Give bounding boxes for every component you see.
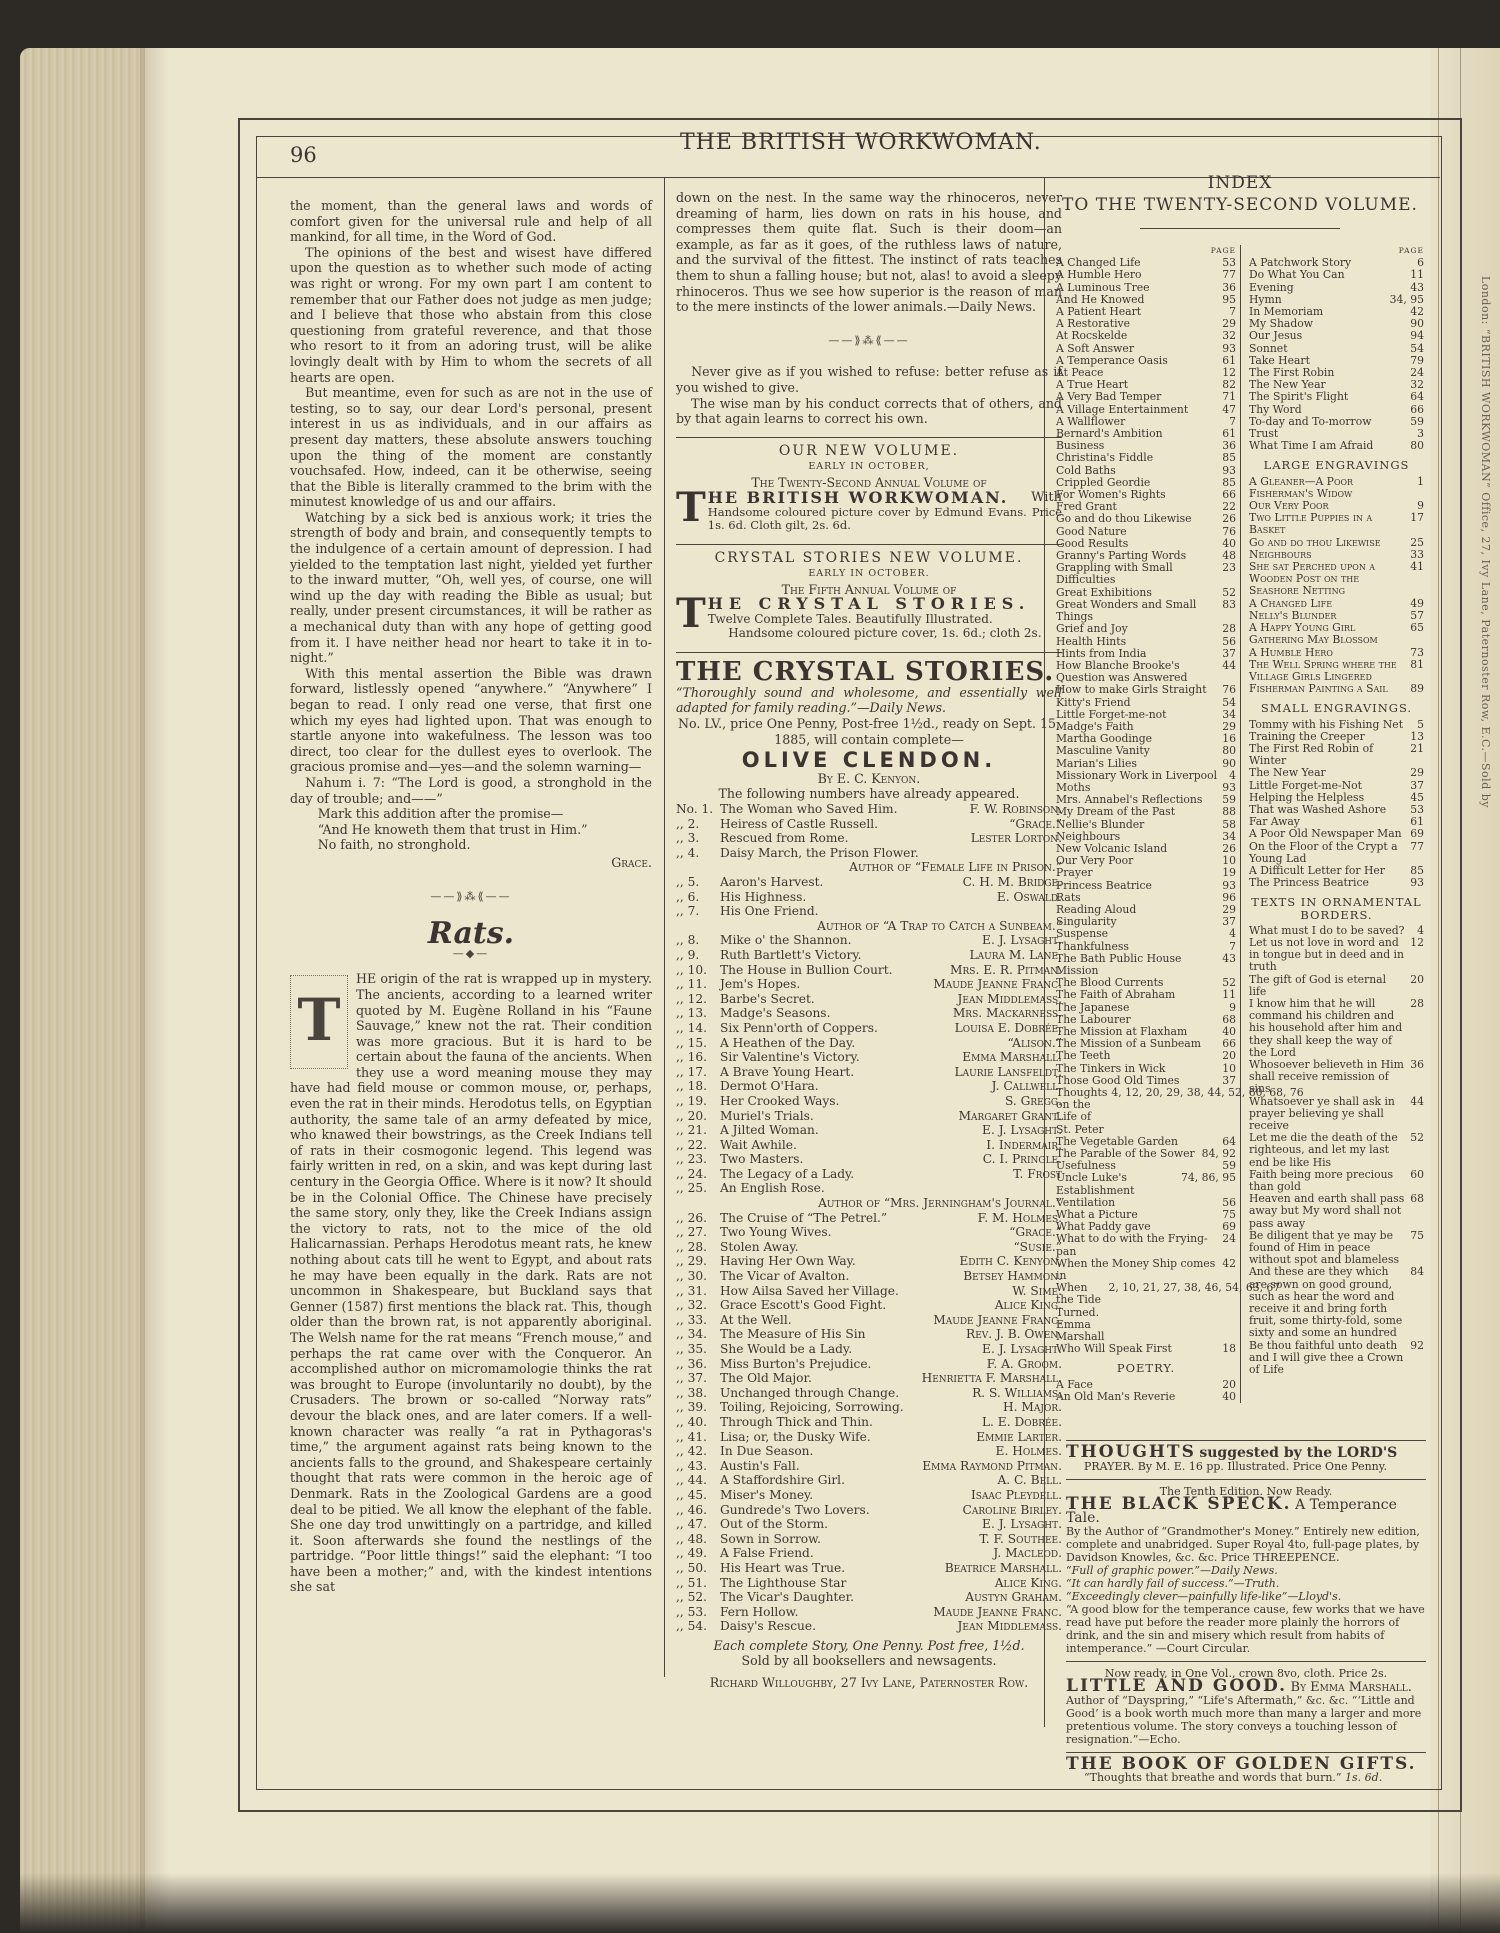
story-author: Maude Jeanne Franc. — [933, 977, 1062, 992]
index-entry: What Time I am Afraid80 — [1249, 440, 1424, 452]
story-number: ,, 17. — [676, 1065, 720, 1080]
story-author: Maude Jeanne Franc. — [933, 1313, 1062, 1328]
right-advertisements: THOUGHTS suggested by the LORD'S PRAYER.… — [1066, 1440, 1426, 1790]
entry-page: 42 — [1218, 1258, 1236, 1282]
index-entry: Be diligent that ye may be found of Him … — [1249, 1230, 1424, 1267]
index-entry: Let me die the death of the righteous, a… — [1249, 1132, 1424, 1169]
entry-page: 74, 86, 95 — [1177, 1172, 1236, 1196]
story-row: ,, 12.Barbe's Secret.Jean Middlemass. — [676, 992, 1062, 1007]
story-author: H. Major. — [1003, 1400, 1062, 1415]
story-title: Toiling, Rejoicing, Sorrowing. — [720, 1400, 1003, 1415]
story-author: F. W. Robinson. — [970, 802, 1062, 817]
story-author: Author of “Female Life in Prison.” — [676, 860, 1062, 875]
story-title: The Legacy of a Lady. — [720, 1167, 1013, 1182]
entry-title: Thankfulness — [1056, 941, 1129, 953]
index-rule — [1140, 228, 1340, 229]
entry-page: 80 — [1218, 745, 1236, 757]
section-heading: POETRY. — [1056, 1362, 1236, 1374]
story-row: ,, 42.In Due Season.E. Holmes. — [676, 1444, 1062, 1459]
story-author: Jean Middlemass. — [958, 1619, 1062, 1634]
index-entry: Suspense4 — [1056, 928, 1236, 940]
index-entry: Thy Word66 — [1249, 404, 1424, 416]
story-number: ,, 18. — [676, 1079, 720, 1094]
entry-page: 92 — [1406, 1340, 1424, 1377]
paragraph: But meantime, even for such as are not i… — [290, 385, 652, 510]
story-row: ,, 45.Miser's Money.Isaac Pleydell. — [676, 1488, 1062, 1503]
entry-title: Christina's Fiddle — [1056, 452, 1153, 464]
ad-title: THOUGHTS — [1066, 1442, 1196, 1462]
entry-page: 10 — [1218, 1063, 1236, 1075]
story-author: Edith C. Kenyon. — [959, 1254, 1062, 1269]
story-title: Barbe's Secret. — [720, 992, 958, 1007]
index-entry: When the Money Ship comes in42 — [1056, 1258, 1236, 1282]
story-row: ,, 28.Stolen Away.“Susie.” — [676, 1240, 1062, 1255]
story-row: ,, 25.An English Rose. — [676, 1181, 1062, 1196]
entry-page: 93 — [1406, 877, 1424, 889]
entry-page: 75 — [1406, 1230, 1424, 1267]
entry-title: Suspense — [1056, 928, 1108, 940]
story-title: The Cruise of “The Petrel.” — [720, 1211, 978, 1226]
entry-title: Tommy with his Fishing Net — [1249, 719, 1403, 731]
story-author: Louisa E. Dobrée. — [955, 1021, 1062, 1036]
story-number: ,, 50. — [676, 1561, 720, 1576]
entry-title: Faith being more precious than gold — [1249, 1169, 1406, 1193]
index-entry: When the Tide Turned. Emma Marshall2, 10… — [1056, 1282, 1236, 1343]
spine-imprint: London: “BRITISH WORKWOMAN” Office, 27, … — [1479, 276, 1492, 808]
entry-title: What to do with the Frying-pan — [1056, 1233, 1218, 1257]
entry-title: On the Floor of the Crypt a Young Lad — [1249, 841, 1406, 865]
entry-title: The Faith of Abraham — [1056, 989, 1175, 1001]
entry-page: 23 — [1218, 562, 1236, 586]
story-row: No. 1.The Woman who Saved Him.F. W. Robi… — [676, 802, 1062, 817]
entry-page: 83 — [1218, 599, 1236, 623]
entry-page: 17 — [1406, 512, 1424, 536]
entry-page: 56 — [1218, 636, 1236, 648]
ad-quote: “Thoroughly sound and wholesome, and ess… — [676, 685, 1062, 716]
story-row: ,, 53.Fern Hollow.Maude Jeanne Franc. — [676, 1605, 1062, 1620]
ad-title: THE BLACK SPECK. — [1066, 1494, 1292, 1514]
price-note: Each complete Story, One Penny. Post fre… — [676, 1638, 1062, 1654]
entry-page: 11 — [1406, 269, 1424, 281]
index-entry: Thankfulness7 — [1056, 941, 1236, 953]
entry-title: A Luminous Tree — [1056, 282, 1150, 294]
entry-page: 9 — [1225, 1002, 1236, 1014]
ad-little-and-good: Now ready, in One Vol., crown 8vo, cloth… — [1066, 1661, 1426, 1752]
story-row: ,, 29.Having Her Own Way.Edith C. Kenyon… — [676, 1254, 1062, 1269]
index-right-column: PAGE A Patchwork Story6Do What You Can11… — [1241, 245, 1424, 1403]
index-entry: A Luminous Tree36 — [1056, 282, 1236, 294]
entry-title: Who Will Speak First — [1056, 1343, 1172, 1355]
entry-title: How to make Girls Straight — [1056, 684, 1207, 696]
index-entry: Kitty's Friend54 — [1056, 697, 1236, 709]
entry-page: 5 — [1413, 719, 1424, 731]
story-title: She Would be a Lady. — [720, 1342, 982, 1357]
story-number: ,, 20. — [676, 1109, 720, 1124]
story-author: Betsey Hammon. — [963, 1269, 1062, 1284]
story-author: Emmie Larter. — [976, 1430, 1062, 1445]
ornament-divider-icon: ——⟫⁂⟪—— — [290, 889, 652, 905]
story-number: ,, 52. — [676, 1590, 720, 1605]
index-list: A Gleaner—A Poor Fisherman's Widow1Our V… — [1249, 476, 1424, 696]
entry-title: Little Forget-me-Not — [1249, 780, 1362, 792]
entry-title: Thoughts on the Life of St. Peter — [1056, 1087, 1107, 1136]
ad-body: By the Author of “Grandmother's Money.” … — [1066, 1525, 1426, 1564]
story-title: His Heart was True. — [720, 1561, 945, 1576]
index-entry: Princess Beatrice93 — [1056, 880, 1236, 892]
index-entry: Fisherman Painting a Sail89 — [1249, 683, 1424, 695]
index-entry: Little Forget-me-Not37 — [1249, 780, 1424, 792]
story-author: Beatrice Marshall. — [945, 1561, 1062, 1576]
index-entry: What to do with the Frying-pan24 — [1056, 1233, 1236, 1257]
index-entry: A Happy Young Girl Gathering May Blossom… — [1249, 622, 1424, 646]
story-number: ,, 31. — [676, 1284, 720, 1299]
story-title: Dermot O'Hara. — [720, 1079, 992, 1094]
index-entry: Health Hints56 — [1056, 636, 1236, 648]
column-divider — [664, 177, 665, 1677]
story-title: Heiress of Castle Russell. — [720, 817, 1009, 832]
story-author: Author of “A Trap to Catch a Sunbeam.” — [676, 919, 1062, 934]
ad-title-rest: suggested by the LORD'S — [1199, 1445, 1397, 1461]
entry-title: A Poor Old Newspaper Man — [1249, 828, 1402, 840]
entry-page: 44 — [1406, 1096, 1424, 1133]
ornament-divider-icon: ——⟫⁂⟪—— — [676, 333, 1062, 349]
story-author: Author of “Mrs. Jerningham's Journal.” — [676, 1196, 1062, 1211]
story-number: ,, 38. — [676, 1386, 720, 1401]
entry-page: 47 — [1218, 404, 1236, 416]
entry-page: 44 — [1218, 660, 1236, 684]
index-entry: An Old Man's Reverie40 — [1056, 1391, 1236, 1403]
index-list: A Changed Life53A Humble Hero77A Luminou… — [1056, 257, 1236, 1355]
story-author: E. J. Lysaght. — [982, 1342, 1062, 1357]
story-row: ,, 27.Two Young Wives.“Grace.” — [676, 1225, 1062, 1240]
index-entry: Faith being more precious than gold60 — [1249, 1169, 1424, 1193]
index-entry: A Humble Hero73 — [1249, 647, 1424, 659]
entry-title: Uncle Luke's Establishment — [1056, 1172, 1177, 1196]
story-title: The Vicar of Avalton. — [720, 1269, 963, 1284]
story-row: ,, 19.Her Crooked Ways.S. Gregg. — [676, 1094, 1062, 1109]
index-entry: A Poor Old Newspaper Man69 — [1249, 828, 1424, 840]
entry-page: 64 — [1406, 391, 1424, 403]
story-number: ,, 11. — [676, 977, 720, 992]
feature-title: OLIVE CLENDON. — [676, 753, 1062, 769]
story-author: F. A. Groom. — [987, 1357, 1062, 1372]
story-title: Miss Burton's Prejudice. — [720, 1357, 987, 1372]
ad-initial: T — [676, 491, 706, 525]
story-number: ,, 39. — [676, 1400, 720, 1415]
entry-title: A Gleaner—A Poor Fisherman's Widow — [1249, 476, 1413, 500]
story-row: ,, 16.Sir Valentine's Victory.Emma Marsh… — [676, 1050, 1062, 1065]
entry-page: 69 — [1406, 828, 1424, 840]
story-number: ,, 4. — [676, 846, 720, 861]
article-title: Rats. — [290, 926, 652, 942]
index-entry: My Dream of the Past88 — [1056, 806, 1236, 818]
entry-title: Prayer — [1056, 867, 1093, 879]
entry-page: 28 — [1218, 623, 1236, 635]
story-title: Madge's Seasons. — [720, 1006, 953, 1021]
entry-title: The Teeth — [1056, 1050, 1110, 1062]
entry-title: Nellie's Blunder — [1056, 819, 1144, 831]
story-title: Fern Hollow. — [720, 1605, 933, 1620]
story-title: Austin's Fall. — [720, 1459, 922, 1474]
story-author: E. Oswald. — [997, 890, 1062, 905]
entry-page: 11 — [1218, 989, 1236, 1001]
entry-title: Let us not love in word and in tongue bu… — [1249, 937, 1406, 974]
entry-title: The First Red Robin of Winter — [1249, 743, 1406, 767]
entry-title: Whatsoever ye shall ask in prayer believ… — [1249, 1096, 1406, 1133]
entry-title: The Well Spring where the Village Girls … — [1249, 659, 1406, 683]
entry-title: What Time I am Afraid — [1249, 440, 1373, 452]
story-number: ,, 28. — [676, 1240, 720, 1255]
index-list: A Patchwork Story6Do What You Can11Eveni… — [1249, 257, 1424, 452]
story-title: A Brave Young Heart. — [720, 1065, 955, 1080]
ad-crystal-stories: THE CRYSTAL STORIES. “Thoroughly sound a… — [676, 652, 1062, 1696]
entry-page: 54 — [1406, 343, 1424, 355]
paragraph: down on the nest. In the same way the rh… — [676, 190, 1062, 315]
entry-title: The Japanese — [1056, 1002, 1129, 1014]
index-entry: Whatsoever ye shall ask in prayer believ… — [1249, 1096, 1424, 1133]
story-author: E. Holmes. — [996, 1444, 1062, 1459]
ad-subheading: Early in October, — [676, 459, 1062, 475]
story-number: ,, 25. — [676, 1181, 720, 1196]
story-title: Six Penn'orth of Coppers. — [720, 1021, 955, 1036]
story-title: Daisy's Rescue. — [720, 1619, 958, 1634]
story-row: ,, 40.Through Thick and Thin.L. E. Dobré… — [676, 1415, 1062, 1430]
story-author: Lester Lorton. — [971, 831, 1062, 846]
ad-title: LITTLE AND GOOD. — [1066, 1676, 1287, 1696]
column-2: down on the nest. In the same way the rh… — [676, 190, 1062, 1697]
index-list: Tommy with his Fishing Net5Training the … — [1249, 719, 1424, 890]
story-title: A Heathen of the Day. — [720, 1036, 1007, 1051]
entry-page: 12 — [1406, 937, 1424, 974]
story-row: ,, 50.His Heart was True.Beatrice Marsha… — [676, 1561, 1062, 1576]
story-number: ,, 41. — [676, 1430, 720, 1445]
masthead: THE BRITISH WORKWOMAN. — [680, 130, 1042, 155]
index-entry: Grief and Joy28 — [1056, 623, 1236, 635]
index-entry: The Teeth20 — [1056, 1050, 1236, 1062]
story-author: “Alison.” — [1007, 1036, 1062, 1051]
story-number: ,, 6. — [676, 890, 720, 905]
ad-quote: “A good blow for the temperance cause, f… — [1066, 1603, 1426, 1655]
story-number: ,, 2. — [676, 817, 720, 832]
index-entry: Grappling with Small Difficulties23 — [1056, 562, 1236, 586]
ad-sub: “Thoughts that breathe and words that bu… — [1084, 1771, 1342, 1784]
story-title: The Old Major. — [720, 1371, 922, 1386]
entry-title: When the Money Ship comes in — [1056, 1258, 1218, 1282]
story-number: ,, 26. — [676, 1211, 720, 1226]
story-number: ,, 12. — [676, 992, 720, 1007]
story-row: ,, 5.Aaron's Harvest.C. H. M. Bridge. — [676, 875, 1062, 890]
story-number: No. 1. — [676, 802, 720, 817]
story-row: ,, 54.Daisy's Rescue.Jean Middlemass. — [676, 1619, 1062, 1634]
story-title: Rescued from Rome. — [720, 831, 971, 846]
story-title: The Lighthouse Star — [720, 1576, 995, 1591]
sold-by: Sold by all booksellers and newsagents. — [676, 1653, 1062, 1669]
index-entry: How to make Girls Straight76 — [1056, 684, 1236, 696]
entry-page: 19 — [1218, 867, 1236, 879]
entry-page: 32 — [1218, 330, 1236, 342]
feature-author: By E. C. Kenyon. — [676, 771, 1062, 787]
story-number: ,, 51. — [676, 1576, 720, 1591]
ad-title: HE CRYSTAL STORIES. — [708, 594, 1031, 613]
story-row: ,, 20.Muriel's Trials.Margaret Grant. — [676, 1109, 1062, 1124]
story-title: Grace Escott's Good Fight. — [720, 1298, 995, 1313]
entry-title: Masculine Vanity — [1056, 745, 1150, 757]
story-row: ,, 51.The Lighthouse StarAlice King. — [676, 1576, 1062, 1591]
index-entry: A Very Bad Temper71 — [1056, 391, 1236, 403]
story-number: ,, 8. — [676, 933, 720, 948]
story-number: ,, 37. — [676, 1371, 720, 1386]
story-row: ,, 17.A Brave Young Heart.Laurie Lansfel… — [676, 1065, 1062, 1080]
ad-new-volume: OUR NEW VOLUME. Early in October, The Tw… — [676, 437, 1062, 538]
story-author: E. J. Lysaght. — [982, 1517, 1062, 1532]
paragraph: Nahum i. 7: “The Lord is good, a strongh… — [290, 775, 652, 806]
index-entry: She sat Perched upon a Wooden Post on th… — [1249, 561, 1424, 598]
entry-title: A Humble Hero — [1056, 269, 1142, 281]
edge-shadow — [140, 48, 170, 1933]
story-row: ,, 33.At the Well.Maude Jeanne Franc. — [676, 1313, 1062, 1328]
story-number: ,, 27. — [676, 1225, 720, 1240]
index-entry: Sonnet54 — [1249, 343, 1424, 355]
entry-title: Fisherman Painting a Sail — [1249, 683, 1388, 695]
entry-title: I know him that he will command his chil… — [1249, 998, 1406, 1059]
story-row: ,, 49.A False Friend.J. Macleod. — [676, 1546, 1062, 1561]
paragraph: With this mental assertion the Bible was… — [290, 666, 652, 775]
ad-details: Twelve Complete Tales. Beautifully Illus… — [708, 612, 993, 626]
publisher: Richard Willoughby, 27 Ivy Lane, Paterno… — [676, 1675, 1062, 1691]
story-author: A. C. Bell. — [997, 1473, 1062, 1488]
maxim: The wise man by his conduct corrects tha… — [676, 396, 1062, 427]
index-entry: Prayer19 — [1056, 867, 1236, 879]
entry-page: 77 — [1406, 841, 1424, 865]
story-author: Jean Middlemass. — [958, 992, 1062, 1007]
story-author: Alice King. — [995, 1298, 1062, 1313]
entry-page: 7 — [1225, 941, 1236, 953]
story-author: I. Indermair. — [986, 1138, 1062, 1153]
paragraph: the moment, than the general laws and wo… — [290, 198, 652, 245]
story-row: ,, 8.Mike o' the Shannon.E. J. Lysaght. — [676, 933, 1062, 948]
paragraph: Mark this addition after the promise— — [303, 806, 652, 822]
index-entry: The Tinkers in Wick10 — [1056, 1063, 1236, 1075]
story-row: ,, 46.Gundrede's Two Lovers.Caroline Bir… — [676, 1503, 1062, 1518]
index-entry: The Princess Beatrice93 — [1249, 877, 1424, 889]
index-entry: Let us not love in word and in tongue bu… — [1249, 937, 1424, 974]
index: INDEX TO THE TWENTY-SECOND VOLUME. PAGE … — [1056, 172, 1424, 1403]
entry-title: Heaven and earth shall pass away but My … — [1249, 1193, 1406, 1230]
story-title: Muriel's Trials. — [720, 1109, 959, 1124]
story-author: “Susie.” — [1013, 1240, 1062, 1255]
index-entry: A Soft Answer93 — [1056, 343, 1236, 355]
entry-title: The Princess Beatrice — [1249, 877, 1369, 889]
story-author: R. S. Williams. — [972, 1386, 1062, 1401]
story-row: ,, 4.Daisy March, the Prison Flower. — [676, 846, 1062, 861]
story-title: Sown in Sorrow. — [720, 1532, 979, 1547]
entry-title: A Happy Young Girl Gathering May Blossom — [1249, 622, 1406, 646]
story-row: ,, 48.Sown in Sorrow.T. F. Southee. — [676, 1532, 1062, 1547]
entry-page: 77 — [1218, 269, 1236, 281]
story-row: ,, 14.Six Penn'orth of Coppers.Louisa E.… — [676, 1021, 1062, 1036]
story-title: Her Crooked Ways. — [720, 1094, 1005, 1109]
paragraph: The opinions of the best and wisest have… — [290, 245, 652, 385]
entry-title: Be thou faithful unto death and I will g… — [1249, 1340, 1406, 1377]
index-list: What must I do to be saved?4Let us not l… — [1249, 925, 1424, 1377]
index-entry: Tommy with his Fishing Net5 — [1249, 719, 1424, 731]
entry-page: 68 — [1406, 1193, 1424, 1230]
story-row: ,, 52.The Vicar's Daughter.Austyn Graham… — [676, 1590, 1062, 1605]
story-author: Maude Jeanne Franc. — [933, 1605, 1062, 1620]
story-number: ,, 21. — [676, 1123, 720, 1138]
story-row: ,, 32.Grace Escott's Good Fight.Alice Ki… — [676, 1298, 1062, 1313]
index-subtitle: TO THE TWENTY-SECOND VOLUME. — [1056, 194, 1424, 216]
entry-page: 29 — [1406, 767, 1424, 779]
story-row: ,, 24.The Legacy of a Lady.T. Frost — [676, 1167, 1062, 1182]
paragraph: “And He knoweth them that trust in Him.” — [303, 822, 652, 838]
index-entry: At Rocskelde32 — [1056, 330, 1236, 342]
entry-title: Health Hints — [1056, 636, 1126, 648]
story-number: ,, 5. — [676, 875, 720, 890]
index-entry: The gift of God is eternal life20 — [1249, 974, 1424, 998]
entry-page: 66 — [1406, 404, 1424, 416]
ad-quote: “Exceedingly clever—painfully life-like”… — [1066, 1590, 1426, 1603]
entry-title: The gift of God is eternal life — [1249, 974, 1406, 998]
index-entry: The First Red Robin of Winter21 — [1249, 743, 1424, 767]
page-number: 96 — [290, 143, 317, 167]
entry-title: And these are they which are sown on goo… — [1249, 1266, 1406, 1339]
entry-title: A Village Entertainment — [1056, 404, 1188, 416]
story-row: ,, 47.Out of the Storm.E. J. Lysaght. — [676, 1517, 1062, 1532]
entry-title: A Soft Answer — [1056, 343, 1134, 355]
entry-title: Princess Beatrice — [1056, 880, 1152, 892]
story-row: ,, 34.The Measure of His SinRev. J. B. O… — [676, 1327, 1062, 1342]
story-author: S. Gregg. — [1005, 1094, 1062, 1109]
story-row: ,, 15.A Heathen of the Day.“Alison.” — [676, 1036, 1062, 1051]
entry-title: Grappling with Small Difficulties — [1056, 562, 1218, 586]
section-heading: TEXTS IN ORNAMENTAL BORDERS. — [1249, 896, 1424, 920]
index-entry: Whosoever believeth in Him shall receive… — [1249, 1059, 1424, 1096]
story-title: Stolen Away. — [720, 1240, 1013, 1255]
entry-title: The New Year — [1249, 767, 1326, 779]
entry-page: 89 — [1406, 683, 1424, 695]
index-entry: The Bath Public House Mission43 — [1056, 953, 1236, 977]
entry-title: Great Wonders and Small Things — [1056, 599, 1218, 623]
story-row: ,, 6.His Highness.E. Oswald. — [676, 890, 1062, 905]
index-entry: The Japanese9 — [1056, 1002, 1236, 1014]
ad-body: Author of “Dayspring,” “Life's Aftermath… — [1066, 1694, 1426, 1746]
ad-thoughts: THOUGHTS suggested by the LORD'S PRAYER.… — [1066, 1440, 1426, 1479]
story-number: ,, 10. — [676, 963, 720, 978]
ad-price: 1s. 6d. — [1345, 1771, 1382, 1784]
entry-page: 37 — [1406, 780, 1424, 792]
page-edges — [20, 48, 145, 1933]
entry-title: Do What You Can — [1249, 269, 1345, 281]
story-author: J. Macleod. — [993, 1546, 1062, 1561]
story-title: Ruth Bartlett's Victory. — [720, 948, 970, 963]
story-title: Gundrede's Two Lovers. — [720, 1503, 963, 1518]
story-number: ,, 19. — [676, 1094, 720, 1109]
story-row: ,, 36.Miss Burton's Prejudice.F. A. Groo… — [676, 1357, 1062, 1372]
story-title: Lisa; or, the Dusky Wife. — [720, 1430, 976, 1445]
story-number: ,, 29. — [676, 1254, 720, 1269]
story-author: “Grace.” — [1009, 817, 1062, 832]
index-entry: Be thou faithful unto death and I will g… — [1249, 1340, 1424, 1377]
story-row: ,, 44.A Staffordshire Girl.A. C. Bell. — [676, 1473, 1062, 1488]
entry-page: 93 — [1218, 880, 1236, 892]
story-author: E. J. Lysaght. — [982, 1123, 1062, 1138]
story-row: ,, 21.A Jilted Woman.E. J. Lysaght. — [676, 1123, 1062, 1138]
entry-page: 60 — [1406, 1169, 1424, 1193]
story-title: A Jilted Woman. — [720, 1123, 982, 1138]
story-number: ,, 49. — [676, 1546, 720, 1561]
entry-page: 20 — [1406, 974, 1424, 998]
